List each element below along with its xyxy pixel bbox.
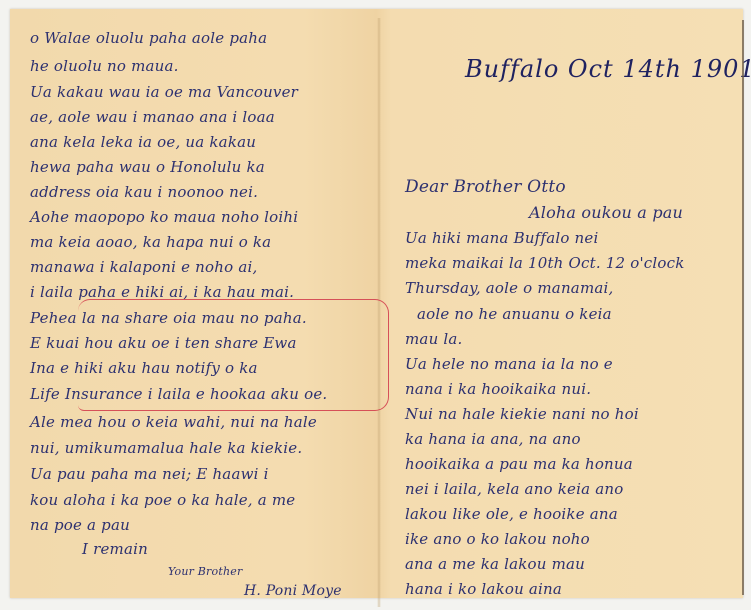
text-line: ae, aole wau i manao ana i loaa [30,108,275,126]
text-line: aole no he anuanu o keia [417,305,612,323]
text-line: Ua pau paha ma nei; E haawi i [30,465,269,483]
text-line: Ua hele no mana ia la no e [405,355,613,373]
text-line: nana i ka hooikaika nui. [405,380,591,398]
text-line: mau la. [405,330,463,348]
text-line: hooikaika a pau ma ka honua [405,455,633,473]
text-line: ana kela leka ia oe, ua kakau [30,133,256,151]
text-line: ma keia aoao, ka hapa nui o ka [30,233,271,251]
text-line: o Walae oluolu paha aole paha [30,29,267,47]
letter-sheet: o Walae oluolu paha aole paha he oluolu … [10,9,743,598]
greeting: Aloha oukou a pau [529,203,683,222]
text-line: Ina e hiki aku hau notify o ka [30,359,258,377]
place-date: Buffalo Oct 14th 1901 [465,55,751,83]
text-line: manawa i kalaponi e noho ai, [30,258,257,276]
text-line: na poe a pau [30,516,130,534]
text-line: kou aloha i ka poe o ka hale, a me [30,491,295,509]
text-line: Nui na hale kiekie nani no hoi [405,405,639,423]
text-line: hewa paha wau o Honolulu ka [30,158,265,176]
signature: H. Poni Moye [244,583,342,599]
text-line: Life Insurance i laila e hookaa aku oe. [30,385,327,403]
closing: I remain [82,540,148,558]
text-line: E kuai hou aku oe i ten share Ewa [30,334,297,352]
text-line: meka maikai la 10th Oct. 12 o'clock [405,254,685,272]
text-line: lakou like ole, e hooike ana [405,505,618,523]
text-line: Pehea la na share oia mau no paha. [30,309,307,327]
paper-edge [742,20,744,595]
text-line: Aohe maopopo ko maua noho loihi [30,208,298,226]
right-page: Buffalo Oct 14th 1901 Dear Brother Otto … [395,9,750,598]
text-line: he oluolu no maua. [30,57,179,75]
text-line: nui, umikumamalua hale ka kiekie. [30,439,302,457]
text-line: address oia kau i noonoo nei. [30,183,258,201]
text-line: hana i ko lakou aina [405,580,562,598]
text-line: ike ano o ko lakou noho [405,530,590,548]
left-page: o Walae oluolu paha aole paha he oluolu … [20,9,375,598]
salutation: Dear Brother Otto [405,177,566,197]
text-line: Thursday, aole o manamai, [405,279,613,297]
text-line: nei i laila, kela ano keia ano [405,480,623,498]
text-line: Ua hiki mana Buffalo nei [405,229,598,247]
closing-sub: Your Brother [168,565,242,578]
text-line: Ale mea hou o keia wahi, nui na hale [30,413,317,431]
text-line: ka hana ia ana, na ano [405,430,581,448]
text-line: Ua kakau wau ia oe ma Vancouver [30,83,298,101]
text-line: ana a me ka lakou mau [405,555,585,573]
